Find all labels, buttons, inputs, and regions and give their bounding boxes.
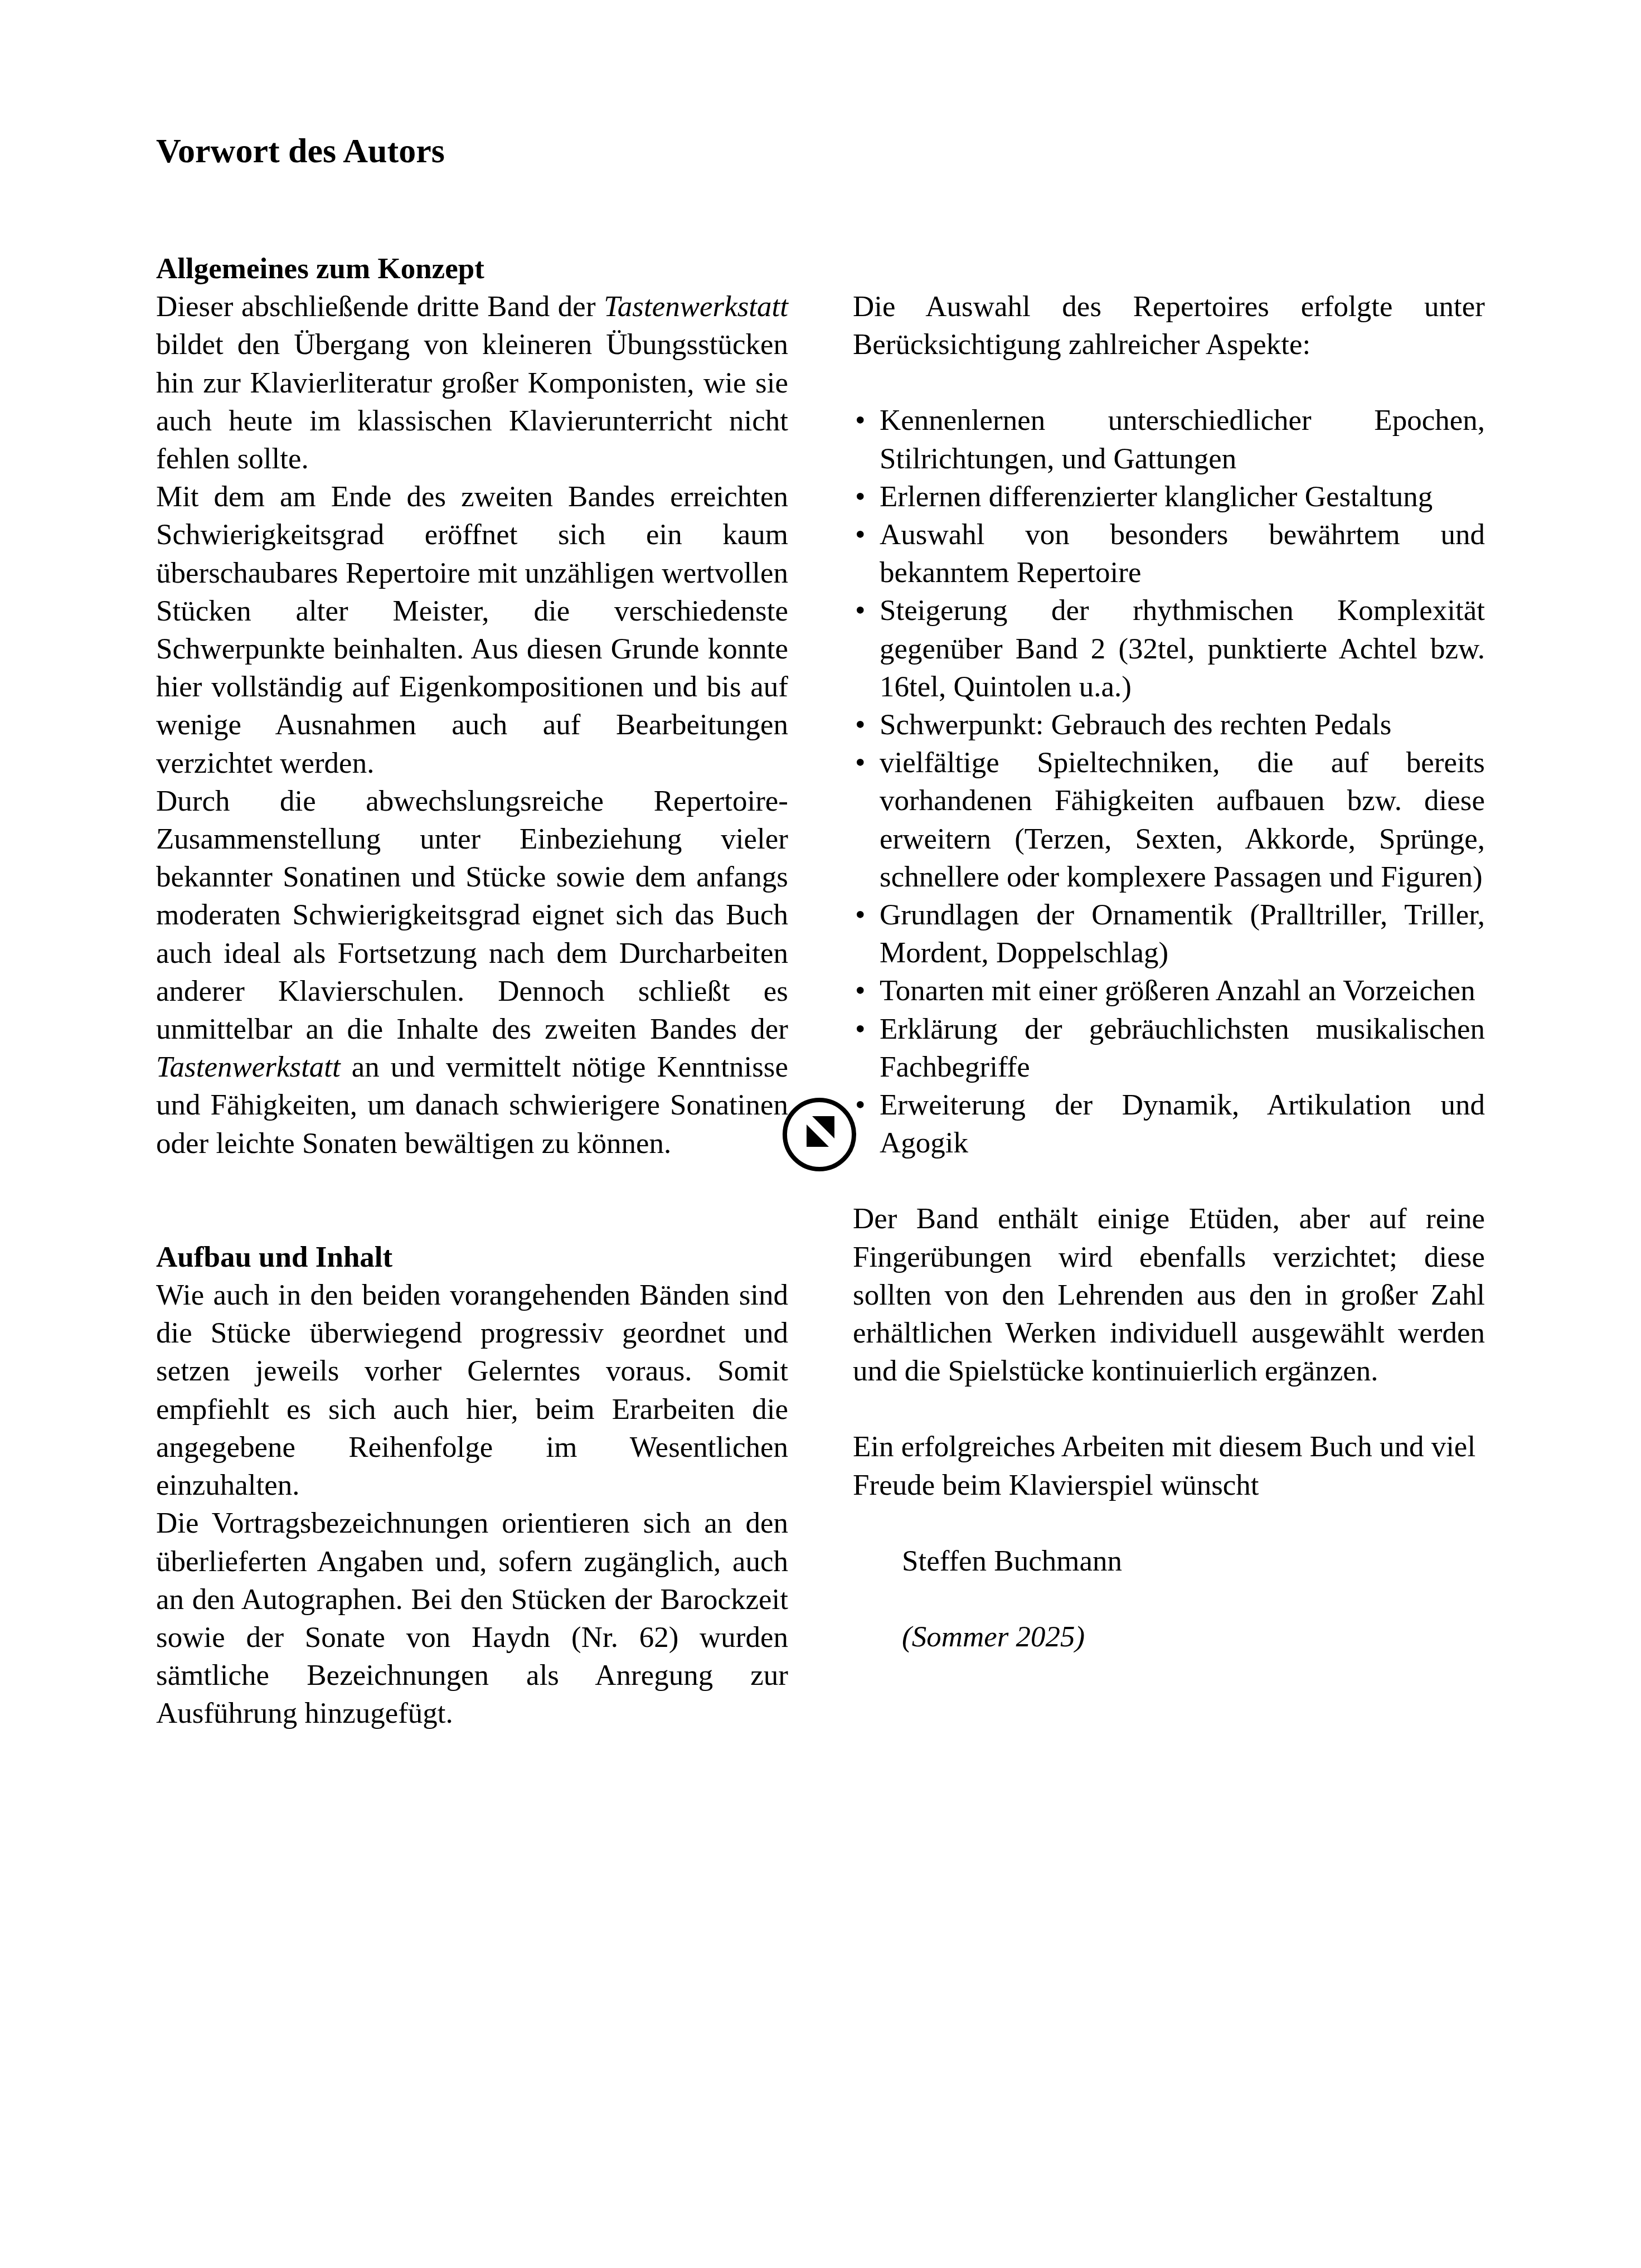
spacer <box>853 1580 1485 1618</box>
paragraph-repertoire-intro: Die Auswahl des Repertoires erfolgte unt… <box>853 288 1485 364</box>
bullet-icon: • <box>855 972 866 1010</box>
bullet-icon: • <box>855 744 866 782</box>
spacer <box>156 1162 788 1238</box>
author-signature: Steffen Buchmann <box>853 1542 1485 1580</box>
list-item: •Steigerung der rhythmischen Komplexität… <box>853 592 1485 706</box>
list-item-text: Schwerpunkt: Gebrauch des rechten Pedals <box>880 709 1391 741</box>
bullet-icon: • <box>855 592 866 629</box>
blocked-content-icon[interactable] <box>781 1097 857 1172</box>
paragraph-konzept-3: Durch die abwechslungsreiche Repertoire-… <box>156 782 788 1162</box>
list-item: •Kennenlernen unterschiedlicher Epochen,… <box>853 401 1485 477</box>
text-run: Durch die abwechslungsreiche Repertoire-… <box>156 785 788 1045</box>
left-column: Allgemeines zum Konzept Dieser abschließ… <box>156 250 788 1733</box>
aspects-list: •Kennenlernen unterschiedlicher Epochen,… <box>853 401 1485 1162</box>
no-entry-icon <box>781 1097 857 1172</box>
paragraph-konzept-2: Mit dem am Ende des zweiten Bandes errei… <box>156 478 788 782</box>
bullet-icon: • <box>855 478 866 516</box>
list-item: •vielfältige Spieltechniken, die auf ber… <box>853 744 1485 896</box>
right-column: Die Auswahl des Repertoires erfolgte unt… <box>853 288 1485 1656</box>
paragraph-aufbau-2: Die Vortragsbezeichnungen orientieren si… <box>156 1504 788 1732</box>
list-item-text: Erweiterung der Dynamik, Artikulation un… <box>880 1089 1485 1159</box>
paragraph-aufbau-1: Wie auch in den beiden vorangehenden Bän… <box>156 1276 788 1504</box>
list-item-text: Auswahl von besonders bewährtem und beka… <box>880 518 1485 589</box>
list-item: •Grundlagen der Ornamentik (Pralltriller… <box>853 896 1485 972</box>
spacer <box>853 1504 1485 1542</box>
list-item: •Schwerpunkt: Gebrauch des rechten Pedal… <box>853 706 1485 744</box>
list-item-text: Grundlagen der Ornamentik (Pralltriller,… <box>880 899 1485 969</box>
date-note: (Sommer 2025) <box>853 1618 1485 1656</box>
page-title: Vorwort des Autors <box>156 129 445 173</box>
list-item-text: Steigerung der rhythmischen Komplexität … <box>880 594 1485 702</box>
closing-text: Ein erfolgreiches Arbeiten mit diesem Bu… <box>853 1428 1485 1504</box>
text-run: Dieser abschließende dritte Band der <box>156 290 604 323</box>
section-heading-aufbau: Aufbau und Inhalt <box>156 1238 788 1276</box>
list-item-text: vielfältige Spieltechniken, die auf bere… <box>880 747 1485 893</box>
bullet-icon: • <box>855 401 866 439</box>
book-title-italic: Tastenwerkstatt <box>156 1051 341 1083</box>
bullet-icon: • <box>855 1010 866 1048</box>
bullet-icon: • <box>855 896 866 934</box>
spacer <box>853 1390 1485 1428</box>
spacer <box>853 364 1485 401</box>
list-item-text: Erklärung der gebräuchlichsten musikalis… <box>880 1013 1485 1083</box>
paragraph-konzept-1: Dieser abschließende dritte Band der Tas… <box>156 288 788 478</box>
list-item: •Erklärung der gebräuchlichsten musikali… <box>853 1010 1485 1086</box>
list-item: •Tonarten mit einer größeren Anzahl an V… <box>853 972 1485 1010</box>
book-title-italic: Tastenwerkstatt <box>604 290 788 323</box>
bullet-icon: • <box>855 706 866 744</box>
list-item-text: Tonarten mit einer größeren Anzahl an Vo… <box>880 975 1475 1007</box>
list-item-text: Kennenlernen unterschiedlicher Epochen, … <box>880 404 1485 474</box>
paragraph-etueden: Der Band enthält einige Etüden, aber auf… <box>853 1200 1485 1390</box>
list-item: •Auswahl von besonders bewährtem und bek… <box>853 516 1485 592</box>
text-run: bildet den Übergang von kleineren Übungs… <box>156 328 788 475</box>
list-item: •Erlernen differenzierter klanglicher Ge… <box>853 478 1485 516</box>
bullet-icon: • <box>855 516 866 554</box>
section-heading-konzept: Allgemeines zum Konzept <box>156 250 788 288</box>
list-item: •Erweiterung der Dynamik, Artikulation u… <box>853 1086 1485 1162</box>
spacer <box>853 1162 1485 1200</box>
list-item-text: Erlernen differenzierter klanglicher Ges… <box>880 481 1433 513</box>
